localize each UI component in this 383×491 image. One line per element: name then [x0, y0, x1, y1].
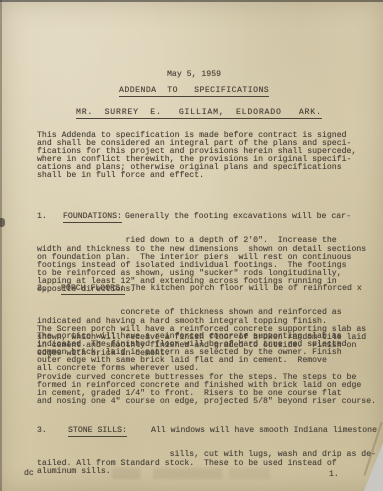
- section-heading-line: 1.FOUNDATIONS:Generally the footing exca…: [37, 213, 366, 221]
- paper-sheet: May 5, 1959 ADDENDA TO SPECIFICATIONS MR…: [0, 0, 383, 491]
- section-first-line-text: The kitchen porch floor will be of reinf…: [131, 284, 362, 293]
- section-heading: FOUNDATIONS:: [63, 212, 122, 223]
- section-first-line-text: All windows will have smooth Indiana lim…: [151, 426, 377, 435]
- document-date: May 5, 1959: [167, 71, 221, 79]
- document-title: ADDENDA TO SPECIFICATIONS: [119, 87, 269, 95]
- section-heading-line: 2.PORCH FLOORS:The kitchen porch floor w…: [37, 285, 366, 293]
- section-heading-line: 3.STONE SILLS:All windows will have smoo…: [37, 427, 377, 435]
- section-number: 1.: [37, 213, 47, 221]
- bleed-through-marks: [112, 468, 270, 479]
- page-number: 1.: [329, 471, 339, 479]
- typist-initials: dc: [24, 470, 34, 478]
- scan-left-edge: [0, 0, 2, 491]
- intro-paragraph: This Addenda to specification is made be…: [37, 132, 356, 181]
- document-subtitle-text: MR. SURREY E. GILLIAM, ELDORADO ARK.: [76, 108, 322, 119]
- steps-paragraph: Provide curved concrete buttresses for t…: [37, 374, 376, 406]
- section-heading: STONE SILLS:: [68, 426, 127, 437]
- section-heading: PORCH FLOORS:: [61, 284, 125, 295]
- document-subtitle: MR. SURREY E. GILLIAM, ELDORADO ARK.: [76, 109, 322, 117]
- section-first-line-text: Generally the footing excavations will b…: [125, 212, 351, 221]
- scanned-document-page: { "page": { "date": "May 5, 1959", "titl…: [0, 0, 383, 491]
- portico-paragraph: The portico will have a reinforced concr…: [37, 333, 347, 373]
- section-stone-sills: 3.STONE SILLS:All windows will have smoo…: [37, 411, 377, 491]
- section-number: 3.: [37, 427, 47, 435]
- scan-top-edge: [0, 0, 383, 2]
- section-number: 2.: [37, 285, 47, 293]
- document-title-text: ADDENDA TO SPECIFICATIONS: [119, 86, 269, 97]
